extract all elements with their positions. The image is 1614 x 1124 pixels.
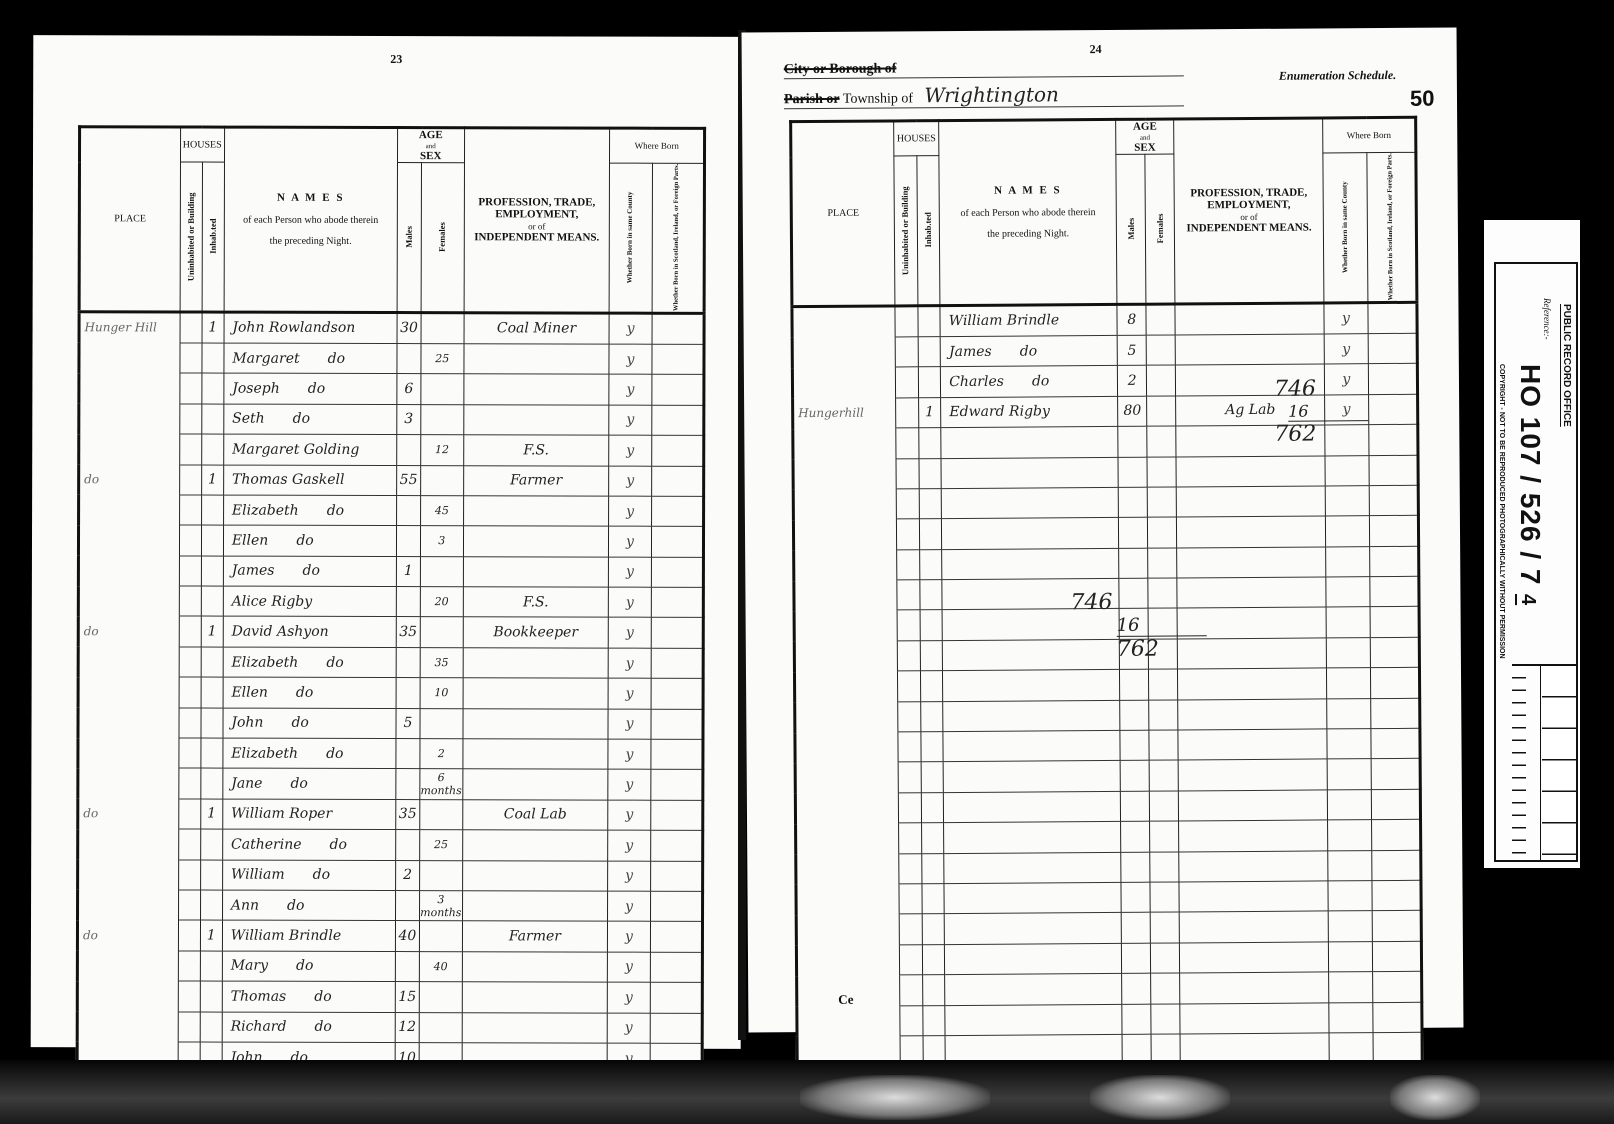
- males-cell: 12: [395, 1012, 419, 1042]
- place-cell: [792, 337, 895, 368]
- born-county-cell: [1328, 789, 1371, 820]
- ditto-mark: do: [308, 381, 325, 397]
- person-name: Catherine: [231, 836, 302, 852]
- inhabited-cell: [201, 708, 223, 738]
- born-county-cell: [1328, 850, 1371, 881]
- place-cell: [793, 428, 896, 459]
- occupation-cell: F.S.: [463, 435, 609, 466]
- uninhabited-cell: [179, 708, 201, 738]
- females-cell: 20: [420, 587, 463, 618]
- born-county-cell: [1327, 637, 1370, 668]
- uninhabited-cell: [179, 495, 201, 525]
- place-cell: [79, 373, 180, 404]
- born-county-cell: y: [609, 374, 651, 405]
- born-abroad-cell: [1370, 607, 1420, 638]
- inhabited-cell: [200, 890, 222, 920]
- ditto-mark: do: [296, 685, 313, 701]
- born-abroad-cell: [1371, 819, 1421, 850]
- header-place: PLACE: [79, 127, 180, 312]
- profession-line-2: EMPLOYMENT,: [464, 208, 609, 221]
- born-county-cell: y: [1324, 302, 1367, 334]
- inhabited-cell: [201, 677, 223, 707]
- occupation-cell: [1179, 881, 1329, 912]
- occupation-cell: [1179, 942, 1329, 973]
- table-row: [794, 668, 1419, 703]
- table-row: Alice Rigby20F.S.y: [78, 586, 703, 618]
- males-cell: [396, 495, 420, 525]
- table-row: Elizabethdo45y: [79, 495, 704, 527]
- table-row: Margaretdo25y: [79, 343, 704, 375]
- folio-number: 50: [1410, 86, 1435, 112]
- name-cell: Sethdo: [224, 404, 397, 435]
- person-name: Elizabeth: [231, 745, 298, 761]
- name-cell: [945, 943, 1122, 975]
- uninhabited-cell: [897, 549, 920, 580]
- inhabited-cell: [202, 404, 224, 434]
- ditto-mark: do: [326, 654, 343, 670]
- born-abroad-cell: [1367, 302, 1417, 334]
- header-born-county: Whether Born in same County: [1323, 153, 1367, 303]
- born-abroad-cell: [650, 861, 702, 892]
- born-county-cell: [1325, 455, 1368, 486]
- name-cell: [941, 457, 1118, 489]
- uninhabited-cell: [178, 951, 200, 981]
- uninhabited-cell: [178, 1011, 200, 1041]
- person-name: Mary: [231, 958, 268, 974]
- place-cell: [796, 914, 899, 945]
- table-row: Williamdo2y: [78, 859, 703, 891]
- city-borough-line: City or Borough of: [784, 59, 1184, 79]
- place-cell: do: [78, 616, 179, 647]
- name-cell: [942, 518, 1119, 550]
- occupation-cell: [1179, 820, 1329, 851]
- place-cell: do: [79, 464, 180, 495]
- females-cell: [1150, 882, 1179, 913]
- place-cell: [793, 489, 896, 520]
- born-abroad-label: Whether Born in Scotland, Ireland, or Fo…: [1387, 153, 1395, 300]
- header-uninhabited: Uninhabited or Building: [894, 156, 918, 305]
- occupation-cell: [1179, 911, 1329, 942]
- township-value: Wrightington: [924, 82, 1059, 107]
- uninhabited-cell: [896, 428, 919, 459]
- females-cell: 45: [421, 495, 464, 526]
- males-cell: [396, 587, 420, 617]
- born-county-cell: y: [608, 800, 650, 831]
- males-cell: 2: [1118, 366, 1147, 397]
- occupation-cell: Coal Miner: [464, 312, 610, 344]
- place-cell: [796, 945, 899, 976]
- inhabited-cell: [202, 343, 224, 373]
- males-cell: [396, 678, 420, 708]
- males-cell: [1120, 669, 1149, 700]
- born-abroad-cell: [1370, 728, 1420, 759]
- place-cell: [794, 641, 897, 672]
- occupation-cell: [462, 860, 608, 891]
- occupation-cell: [1176, 486, 1326, 517]
- person-name: Edward Rigby: [949, 404, 1050, 421]
- inhabited-cell: [918, 305, 941, 337]
- born-county-label: Whether Born in same County: [627, 192, 635, 284]
- born-county-cell: [1328, 911, 1371, 942]
- place-cell: [795, 793, 898, 824]
- born-abroad-cell: [1368, 333, 1418, 364]
- header-males: Males: [1116, 155, 1146, 304]
- measurement-scale: [1512, 664, 1576, 860]
- place-cell: [794, 580, 897, 611]
- header-names: N A M E S of each Person who abode there…: [939, 119, 1117, 305]
- ditto-mark: do: [329, 837, 346, 853]
- males-cell: [1121, 821, 1150, 852]
- name-cell: [944, 913, 1121, 945]
- uninhabited-cell: [178, 799, 200, 829]
- person-name: John Rowlandson: [232, 320, 355, 336]
- place-cell: [77, 1011, 178, 1042]
- name-cell: Elizabethdo: [223, 647, 396, 678]
- occupation-cell: [1180, 972, 1330, 1003]
- born-abroad-cell: [650, 952, 702, 983]
- uninhabited-cell: [899, 914, 922, 945]
- females-cell: [1146, 335, 1175, 366]
- table-row: Elizabethdo35y: [78, 647, 703, 679]
- header-females: Females: [421, 163, 464, 312]
- tally-2-sum: 762: [1117, 636, 1207, 662]
- reference-code: HO 107 / 526 / 7: [1514, 364, 1546, 585]
- born-county-cell: y: [608, 1013, 650, 1044]
- females-cell: [1149, 760, 1178, 791]
- margin-note: Ce: [838, 992, 853, 1008]
- place-cell: [78, 586, 179, 617]
- occupation-cell: [462, 982, 608, 1013]
- females-cell: [1150, 852, 1179, 883]
- uninhabited-cell: [180, 312, 202, 343]
- occupation-cell: [1178, 729, 1328, 760]
- born-county-cell: y: [608, 678, 650, 709]
- light-reflection: [800, 1075, 990, 1120]
- born-county-cell: [1327, 759, 1370, 790]
- uninhabited-cell: [179, 464, 201, 494]
- born-county-cell: [1326, 577, 1369, 608]
- place-cell: Hunger Hill: [79, 311, 180, 343]
- name-cell: Margaretdo: [224, 343, 397, 374]
- born-county-cell: y: [1324, 334, 1367, 365]
- males-cell: [396, 526, 420, 556]
- females-cell: [1150, 821, 1179, 852]
- born-abroad-cell: [651, 648, 703, 679]
- name-cell: Margaret Golding: [224, 434, 397, 465]
- table-row: do1William Roper35Coal Laby: [78, 798, 703, 830]
- inhabited-cell: [918, 428, 941, 459]
- uninhabited-cell: [895, 305, 918, 337]
- females-cell: [1149, 730, 1178, 761]
- born-county-cell: y: [608, 739, 650, 770]
- born-abroad-cell: [651, 466, 703, 497]
- occupation-cell: [463, 404, 609, 435]
- person-name: William Brindle: [949, 313, 1059, 330]
- table-row: Jamesdo5y: [792, 333, 1417, 368]
- born-abroad-cell: [1372, 911, 1422, 942]
- place-cell: [78, 890, 179, 921]
- occupation-cell: [1176, 516, 1326, 547]
- uninhabited-cell: [899, 884, 922, 915]
- uninhabited-cell: [895, 337, 918, 368]
- born-county-cell: [1327, 729, 1370, 760]
- name-cell: [944, 882, 1121, 914]
- born-abroad-cell: [1371, 880, 1421, 911]
- table-row: [795, 728, 1420, 763]
- person-name: Margaret: [232, 350, 299, 366]
- inhabited-label: Inhab.ted: [924, 213, 933, 248]
- names-title: N A M E S: [225, 192, 397, 205]
- inhabited-cell: 1: [200, 920, 222, 950]
- name-cell: [942, 548, 1119, 580]
- tally-1-a: 746: [1274, 376, 1368, 402]
- males-cell: [1121, 791, 1150, 822]
- header-age-sex: AGE and SEX: [397, 128, 464, 164]
- born-county-cell: [1329, 1002, 1372, 1033]
- born-county-cell: y: [608, 982, 650, 1013]
- born-county-cell: y: [608, 709, 650, 740]
- males-cell: [1118, 457, 1147, 488]
- person-name: David Ashyon: [232, 624, 329, 640]
- place-cell: [78, 707, 179, 738]
- reference-strip: PUBLIC RECORD OFFICE Reference:- HO 107 …: [1484, 220, 1580, 868]
- place-cell: [796, 823, 899, 854]
- uninhabited-cell: [179, 525, 201, 555]
- header-uninhabited: Uninhabited or Building: [180, 162, 203, 311]
- females-cell: 25: [420, 830, 463, 861]
- uninhabited-cell: [895, 367, 918, 398]
- born-county-cell: y: [609, 313, 651, 345]
- born-county-cell: y: [608, 921, 650, 952]
- place-cell: [797, 1005, 900, 1036]
- ditto-mark: do: [327, 502, 344, 518]
- parish-label: Parish or: [784, 92, 840, 107]
- born-abroad-cell: [651, 405, 703, 436]
- inhabited-cell: [920, 701, 943, 732]
- place-cell: do: [77, 920, 178, 951]
- occupation-cell: [463, 708, 609, 739]
- inhabited-cell: [922, 944, 945, 975]
- person-name: Thomas Gaskell: [232, 472, 345, 488]
- table-row: Ellendo10y: [78, 677, 703, 709]
- person-name: Richard: [231, 1019, 287, 1035]
- born-county-cell: [1327, 698, 1370, 729]
- table-row: Thomasdo15y: [77, 981, 702, 1013]
- header-where-born: Where Born: [1323, 117, 1416, 153]
- occupation-cell: Farmer: [463, 465, 609, 496]
- profession-line-4: INDEPENDENT MEANS.: [464, 231, 609, 244]
- inhabited-cell: [920, 640, 943, 671]
- table-row: [795, 789, 1420, 824]
- place-cell: Hungerhill: [793, 398, 896, 429]
- name-cell: [944, 791, 1121, 823]
- ditto-mark: do: [313, 867, 330, 883]
- born-county-cell: y: [609, 526, 651, 557]
- table-row: [796, 880, 1421, 915]
- place-cell: [79, 343, 180, 374]
- inhabited-cell: [918, 337, 941, 368]
- born-county-cell: y: [608, 769, 650, 800]
- uninhabited-cell: [179, 677, 201, 707]
- place-cell: [795, 732, 898, 763]
- males-cell: [1118, 426, 1147, 457]
- females-cell: [1149, 700, 1178, 731]
- males-label: Males: [405, 226, 414, 248]
- place-cell: [78, 859, 179, 890]
- born-county-cell: y: [609, 618, 651, 649]
- uninhabited-cell: [897, 641, 920, 672]
- born-abroad-cell: [650, 891, 702, 922]
- sex-label: SEX: [398, 150, 464, 163]
- born-county-label: Whether Born in same County: [1341, 181, 1349, 273]
- occupation-cell: [463, 556, 609, 587]
- place-cell: [79, 495, 180, 526]
- occupation-cell: [463, 678, 609, 709]
- table-row: Janedo6 monthsy: [78, 768, 703, 800]
- occupation-cell: Bookkeeper: [463, 617, 609, 648]
- place-cell: [77, 981, 178, 1012]
- born-abroad-cell: [650, 922, 702, 953]
- person-name: William Roper: [231, 806, 332, 822]
- females-cell: [1151, 943, 1180, 974]
- inhabited-cell: 1: [918, 397, 941, 428]
- person-name: Joseph: [232, 381, 280, 397]
- inhabited-cell: [201, 495, 223, 525]
- table-row: Margaret Golding12F.S.y: [79, 434, 704, 466]
- header-born-abroad: Whether Born in Scotland, Ireland, or Fo…: [652, 164, 705, 313]
- females-cell: 40: [419, 951, 462, 982]
- name-cell: [943, 700, 1120, 732]
- born-abroad-cell: [652, 375, 704, 406]
- born-county-cell: [1327, 668, 1370, 699]
- person-name: Seth: [232, 411, 265, 427]
- inhabited-cell: [201, 434, 223, 464]
- born-abroad-cell: [1372, 1002, 1422, 1033]
- name-cell: Josephdo: [224, 373, 397, 404]
- name-cell: William Brindle: [222, 920, 395, 951]
- inhabited-cell: [922, 1005, 945, 1036]
- names-subtitle-2: the preceding Night.: [940, 228, 1116, 241]
- table-row: Marydo40y: [77, 950, 702, 982]
- name-cell: [943, 670, 1120, 702]
- inhabited-cell: [922, 884, 945, 915]
- born-abroad-cell: [1368, 364, 1418, 395]
- occupation-cell: [1178, 790, 1328, 821]
- males-cell: [396, 830, 420, 860]
- uninhabited-cell: [179, 738, 201, 768]
- uninhabited-cell: [178, 829, 200, 859]
- males-cell: 30: [397, 312, 421, 343]
- place-cell: [78, 768, 179, 799]
- males-cell: 35: [396, 617, 420, 647]
- occupation-cell: [1176, 455, 1326, 486]
- occupation-cell: [462, 951, 608, 982]
- person-name: Elizabeth: [232, 502, 299, 518]
- table-row: Ellendo3y: [78, 525, 703, 557]
- males-cell: 5: [1117, 335, 1146, 366]
- females-cell: [1147, 456, 1176, 487]
- uninhabited-cell: [898, 732, 921, 763]
- header-profession: PROFESSION, TRADE, EMPLOYMENT, or of IND…: [464, 128, 610, 313]
- table-row: Catherinedo25y: [78, 829, 703, 861]
- males-cell: 2: [395, 860, 419, 890]
- name-cell: David Ashyon: [223, 617, 396, 648]
- name-cell: Elizabethdo: [223, 495, 396, 526]
- females-cell: [1147, 396, 1176, 427]
- born-county-cell: [1328, 820, 1371, 851]
- name-cell: [945, 974, 1122, 1006]
- name-cell: John Rowlandson: [224, 312, 397, 344]
- table-row: do1David Ashyon35Bookkeepery: [78, 616, 703, 648]
- place-cell: [794, 610, 897, 641]
- ditto-mark: do: [1020, 343, 1038, 359]
- occupation-cell: [463, 344, 609, 375]
- males-cell: 80: [1118, 396, 1147, 427]
- place-cell: [78, 525, 179, 556]
- born-county-cell: [1326, 516, 1369, 547]
- inhabited-cell: [200, 860, 222, 890]
- born-county-cell: y: [609, 557, 651, 588]
- born-county-cell: y: [608, 891, 650, 922]
- occupation-cell: [463, 648, 609, 679]
- ditto-mark: do: [314, 1019, 331, 1035]
- reference-label: Reference:-: [1542, 298, 1552, 340]
- place-cell: [794, 550, 897, 581]
- inhabited-cell: 1: [201, 465, 223, 495]
- census-rows-left: Hunger Hill1John Rowlandson30Coal Minery…: [77, 311, 704, 1074]
- males-cell: [396, 739, 420, 769]
- inhabited-cell: [200, 981, 222, 1011]
- females-cell: [420, 799, 463, 830]
- females-cell: 35: [420, 647, 463, 678]
- uninhabited-label: Uninhabited or Building: [901, 186, 911, 275]
- occupation-cell: Farmer: [462, 921, 608, 952]
- name-cell: Anndo: [222, 890, 395, 921]
- occupation-cell: [462, 739, 608, 770]
- name-cell: Jamesdo: [223, 556, 396, 587]
- name-cell: Elizabethdo: [223, 738, 396, 769]
- place-cell: [795, 762, 898, 793]
- occupation-cell: [1179, 851, 1329, 882]
- inhabited-cell: [918, 367, 941, 398]
- profession-line-4: INDEPENDENT MEANS.: [1175, 222, 1323, 236]
- occupation-cell: [463, 526, 609, 557]
- uninhabited-cell: [896, 458, 919, 489]
- uninhabited-cell: [897, 610, 920, 641]
- born-abroad-cell: [650, 770, 702, 801]
- table-row: Johndo5y: [78, 707, 703, 739]
- ditto-mark: do: [326, 746, 343, 762]
- females-cell: [1148, 548, 1177, 579]
- males-cell: [1122, 973, 1151, 1004]
- females-cell: 3 months: [420, 891, 463, 922]
- males-cell: 8: [1117, 304, 1146, 336]
- born-county-cell: y: [609, 344, 651, 375]
- name-cell: [941, 426, 1118, 458]
- header-males: Males: [397, 163, 422, 312]
- place-cell: [78, 738, 179, 769]
- females-cell: [1149, 791, 1178, 822]
- inhabited-cell: [200, 829, 222, 859]
- place-cell: [78, 829, 179, 860]
- table-row: [793, 485, 1418, 520]
- uninhabited-cell: [898, 823, 921, 854]
- born-abroad-cell: [650, 1013, 702, 1044]
- females-cell: [420, 708, 463, 739]
- males-cell: [1120, 761, 1149, 792]
- piece-suffix: 4: [1516, 594, 1539, 605]
- uninhabited-cell: [900, 1005, 923, 1036]
